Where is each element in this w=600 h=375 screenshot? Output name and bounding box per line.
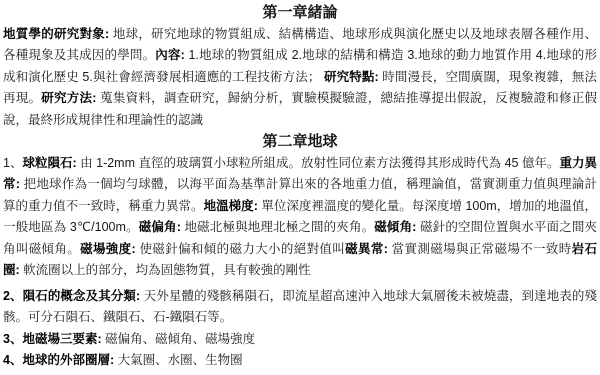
- term-geothermal-gradient: 地溫梯度:: [204, 199, 258, 213]
- definition-text: 由 1-2mm 直徑的玻璃質小球粒所組成。放射性同位素方法獲得其形成時代為 45…: [77, 156, 560, 170]
- term-research-features: 研究特點:: [324, 70, 379, 84]
- term-magnetic-inclination: 磁傾角:: [374, 220, 416, 234]
- term-research-object: 地質學的研究對象:: [3, 27, 109, 41]
- chapter1-paragraph: 地質學的研究對象: 地球，研究地球的物質組成、結構構造、地球形成與演化歷史以及地…: [3, 24, 597, 132]
- term-magnetic-field-strength: 磁場強度:: [80, 242, 136, 256]
- note-item-4: 4、地球的外部圈層: 大氣圈、水圈、生物圈: [3, 350, 597, 372]
- term-research-methods: 研究方法:: [41, 91, 96, 105]
- definition-text: 軟流圈以上的部分，均為固態物質，具有較強的剛性: [20, 263, 311, 277]
- chapter1-title: 第一章緒論: [3, 2, 597, 24]
- term-content: 內容:: [155, 48, 185, 62]
- term-chondrite: 球粒隕石:: [22, 156, 76, 170]
- definition-text: 當實測磁場與正常磁場不一致時: [388, 242, 572, 256]
- definition-text: 磁偏角、磁傾角、磁場強度: [102, 332, 255, 346]
- note-item-1: 1、球粒隕石: 由 1-2mm 直徑的玻璃質小球粒所組成。放射性同位素方法獲得其…: [3, 153, 597, 282]
- definition-text: 地磁北極與地理北極之間的夾角。: [181, 220, 374, 234]
- note-item-3: 3、地磁場三要素: 磁偏角、磁傾角、磁場強度: [3, 329, 597, 351]
- chapter2-title: 第二章地球: [3, 131, 597, 153]
- term-earth-outer-spheres: 4、地球的外部圈層:: [3, 353, 114, 367]
- term-magnetic-anomaly: 磁異常:: [345, 242, 388, 256]
- note-item-2: 2、隕石的概念及其分類: 天外星體的殘骸稱隕石，即流星超高速沖入地球大氣層後未被…: [3, 286, 597, 329]
- document-page: 第一章緒論 地質學的研究對象: 地球，研究地球的物質組成、結構構造、地球形成與演…: [0, 0, 600, 375]
- term-magnetic-declination: 磁偏角:: [139, 220, 181, 234]
- term-meteorite-classification: 2、隕石的概念及其分類:: [3, 289, 140, 303]
- term-geomagnetic-three-elements: 3、地磁場三要素:: [3, 332, 102, 346]
- definition-text: 使磁針偏和傾的磁力大小的絕對值叫: [136, 242, 345, 256]
- item-number: 1、: [3, 156, 22, 170]
- definition-text: 大氣圈、水圈、生物圈: [114, 353, 242, 367]
